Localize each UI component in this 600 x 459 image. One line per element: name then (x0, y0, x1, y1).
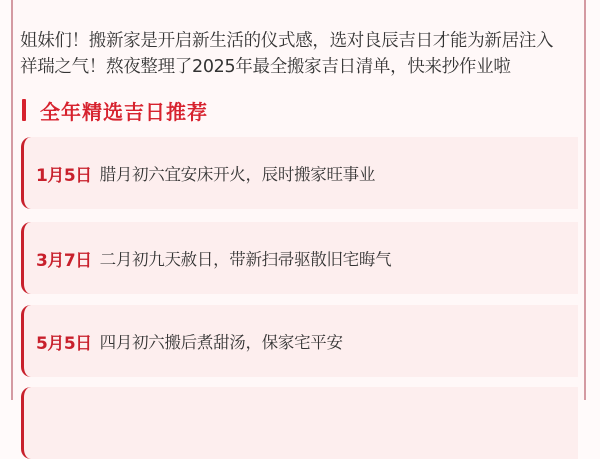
card-date: 5月5日 (36, 329, 92, 354)
intro-paragraph: 姐妹们！搬新家是开启新生活的仪式感，选对良辰吉日才能为新居注入 祥瑞之气！熬夜整… (20, 28, 580, 80)
section-accent-bar (22, 99, 26, 121)
date-card: 5月5日 四月初六搬后煮甜汤，保家宅平安 (21, 305, 578, 377)
card-text: 四月初六搬后煮甜汤，保家宅平安 (100, 329, 343, 353)
card-date: 1月5日 (36, 161, 92, 186)
card-text: 腊月初六宜安床开火，辰时搬家旺事业 (100, 161, 375, 185)
date-card: 3月7日 二月初九天赦日，带新扫帚驱散旧宅晦气 (21, 222, 578, 294)
section-title: 全年精选吉日推荐 (40, 96, 208, 125)
section-heading: 全年精选吉日推荐 (22, 97, 208, 123)
date-card (21, 387, 578, 400)
intro-line-1: 姐妹们！搬新家是开启新生活的仪式感，选对良辰吉日才能为新居注入 (20, 28, 580, 54)
date-card: 1月5日 腊月初六宜安床开火，辰时搬家旺事业 (21, 137, 578, 209)
intro-line-2: 祥瑞之气！熬夜整理了2025年最全搬家吉日清单，快来抄作业啦 (20, 54, 580, 80)
card-text: 二月初九天赦日，带新扫帚驱散旧宅晦气 (100, 246, 392, 270)
card-date: 3月7日 (36, 246, 92, 271)
